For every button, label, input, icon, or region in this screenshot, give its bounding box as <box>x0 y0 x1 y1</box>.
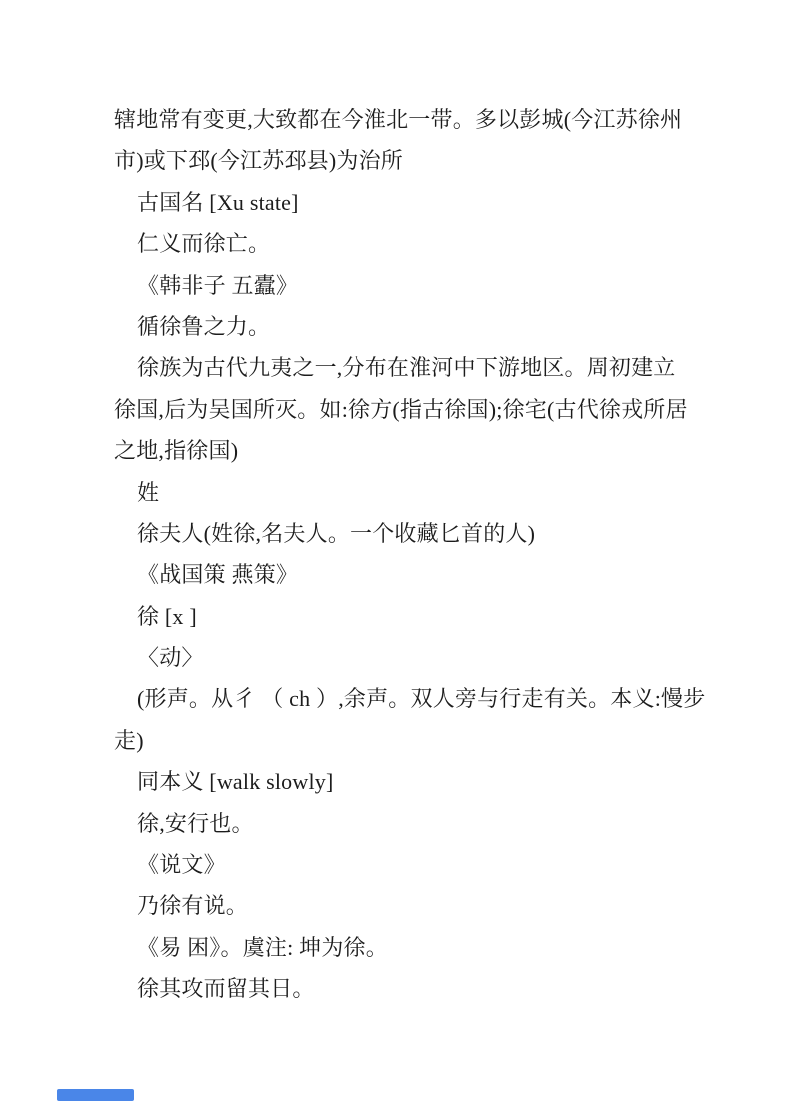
text-line: 古国名 [Xu state] <box>114 182 680 223</box>
text-line: 循徐鲁之力。 <box>114 306 680 347</box>
text-line: 市)或下邳(今江苏邳县)为治所 <box>114 140 680 181</box>
text-line: 走) <box>114 720 680 761</box>
text-line: 姓 <box>114 472 680 513</box>
text-line: 徐夫人(姓徐,名夫人。一个收藏匕首的人) <box>114 513 680 554</box>
text-line: 〈动〉 <box>114 637 680 678</box>
text-line: 《易 困》。虞注: 坤为徐。 <box>114 927 680 968</box>
text-line: 《战国策 燕策》 <box>114 554 680 595</box>
text-line: 之地,指徐国) <box>114 430 680 471</box>
text-line: 仁义而徐亡。 <box>114 223 680 264</box>
document-page: 辖地常有变更,大致都在今淮北一带。多以彭城(今江苏徐州市)或下邳(今江苏邳县)为… <box>0 0 792 1120</box>
document-content: 辖地常有变更,大致都在今淮北一带。多以彭城(今江苏徐州市)或下邳(今江苏邳县)为… <box>114 99 680 1010</box>
text-line: 《说文》 <box>114 844 680 885</box>
text-line: 同本义 [walk slowly] <box>114 761 680 802</box>
text-line: 徐族为古代九夷之一,分布在淮河中下游地区。周初建立 <box>114 347 680 388</box>
footer-highlight-bar <box>57 1089 134 1101</box>
text-line: 《韩非子 五蠹》 <box>114 265 680 306</box>
text-line: 徐 [x ] <box>114 596 680 637</box>
text-line: 乃徐有说。 <box>114 885 680 926</box>
text-line: 徐其攻而留其日。 <box>114 968 680 1009</box>
text-line: 徐,安行也。 <box>114 803 680 844</box>
text-line: 徐国,后为吴国所灭。如:徐方(指古徐国);徐宅(古代徐戎所居 <box>114 389 680 430</box>
text-line: 辖地常有变更,大致都在今淮北一带。多以彭城(今江苏徐州 <box>114 99 680 140</box>
text-line: (形声。从彳 （ ch ）,余声。双人旁与行走有关。本义:慢步 <box>114 678 680 719</box>
